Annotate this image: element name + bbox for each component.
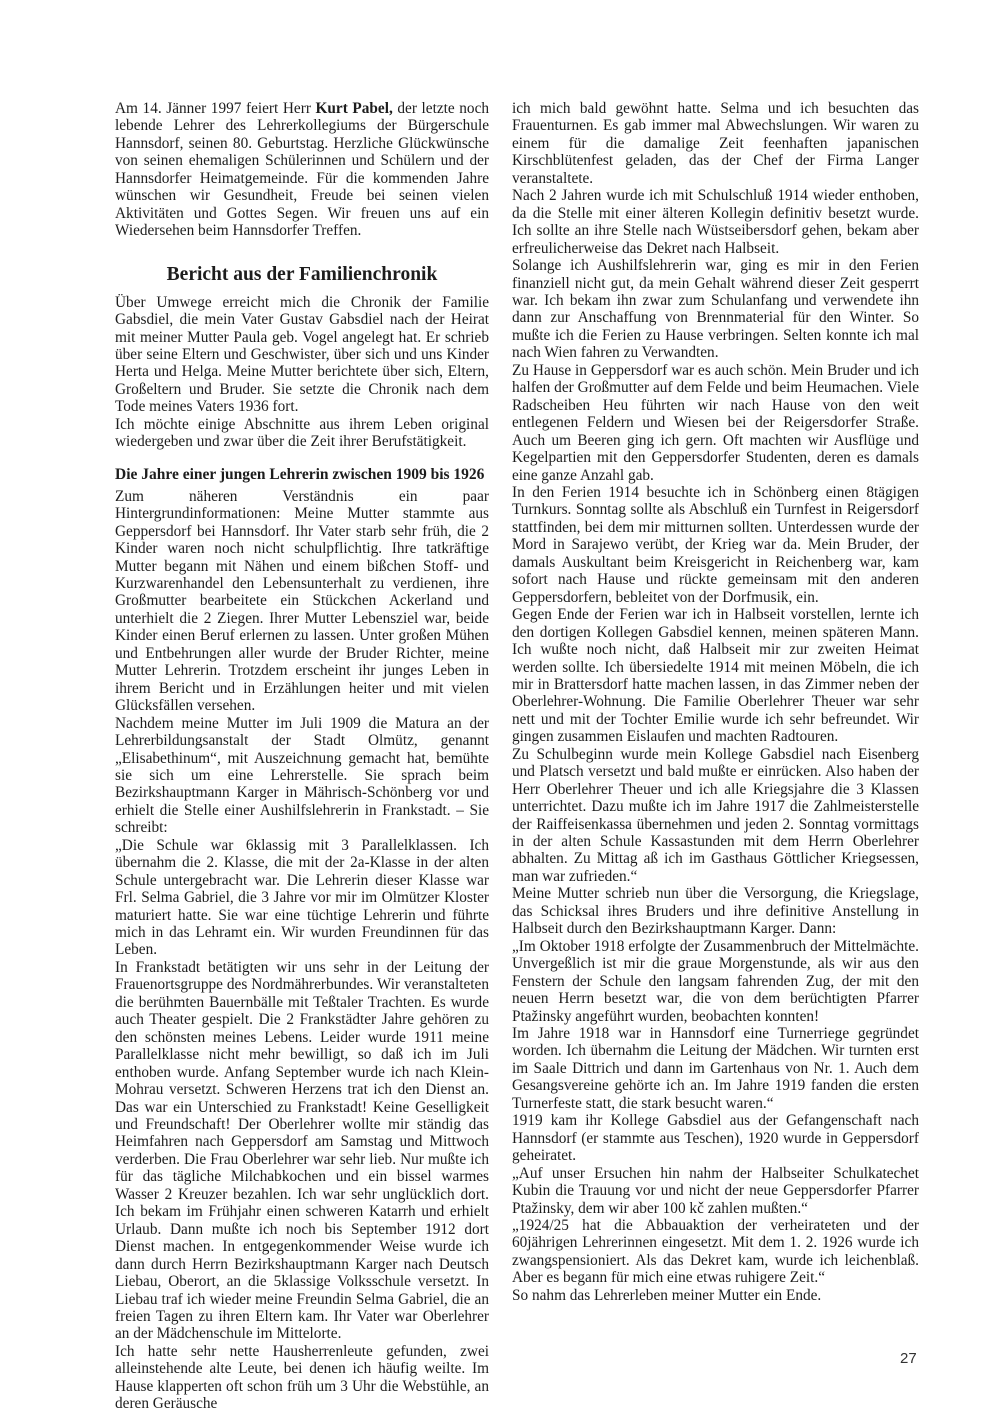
article-title: Bericht aus der Familienchronik <box>115 264 489 286</box>
paragraph: Gegen Ende der Ferien war ich in Halbsei… <box>512 606 919 746</box>
document-page: Am 14. Jänner 1997 feiert Herr Kurt Pabe… <box>0 0 1000 1412</box>
paragraph: Im Jahre 1918 war in Hannsdorf eine Turn… <box>512 1025 919 1112</box>
right-column: ich mich bald gewöhnt hatte. Selma und i… <box>512 100 919 1304</box>
paragraph: In Frankstadt betätigten wir uns sehr in… <box>115 959 489 1343</box>
paragraph: Meine Mutter schrieb nun über die Versor… <box>512 885 919 937</box>
paragraph: Zu Schulbeginn wurde mein Kollege Gabsdi… <box>512 746 919 886</box>
paragraph: Solange ich Aushilfslehrerin war, ging e… <box>512 257 919 362</box>
paragraph: „Die Schule war 6klassig mit 3 Parallelk… <box>115 837 489 959</box>
birthday-notice: Am 14. Jänner 1997 feiert Herr Kurt Pabe… <box>115 100 489 240</box>
paragraph: Zu Hause in Geppersdorf war es auch schö… <box>512 362 919 484</box>
paragraph: „Auf unser Ersuchen hin nahm der Halbsei… <box>512 1165 919 1217</box>
paragraph: 1919 kam ihr Kollege Gabsdiel aus der Ge… <box>512 1112 919 1164</box>
paragraph: Ich möchte einige Abschnitte aus ihrem L… <box>115 416 489 451</box>
paragraph: Ich hatte sehr nette Hausherrenleute gef… <box>115 1343 489 1412</box>
paragraph: ich mich bald gewöhnt hatte. Selma und i… <box>512 100 919 187</box>
paragraph: „Im Oktober 1918 erfolgte der Zusammenbr… <box>512 938 919 1025</box>
paragraph: Nach 2 Jahren wurde ich mit Schulschluß … <box>512 187 919 257</box>
birthday-notice-post: der letzte noch lebende Lehrer des Lehre… <box>115 100 489 239</box>
paragraph: Nachdem meine Mutter im Juli 1909 die Ma… <box>115 715 489 837</box>
paragraph: In den Ferien 1914 besuchte ich in Schön… <box>512 484 919 606</box>
left-column: Am 14. Jänner 1997 feiert Herr Kurt Pabe… <box>115 100 489 1412</box>
paragraph: So nahm das Lehrerleben meiner Mutter ei… <box>512 1287 919 1304</box>
page-number: 27 <box>900 1350 917 1367</box>
paragraph: Über Umwege erreicht mich die Chronik de… <box>115 294 489 416</box>
birthday-notice-pre: Am 14. Jänner 1997 feiert Herr <box>115 100 316 117</box>
section-subheading: Die Jahre einer jungen Lehrerin zwischen… <box>115 466 489 484</box>
paragraph: Zum näheren Verständnis ein paar Hinterg… <box>115 488 489 715</box>
paragraph: „1924/25 hat die Abbauaktion der verheir… <box>512 1217 919 1287</box>
honoree-name: Kurt Pabel, <box>316 100 393 117</box>
